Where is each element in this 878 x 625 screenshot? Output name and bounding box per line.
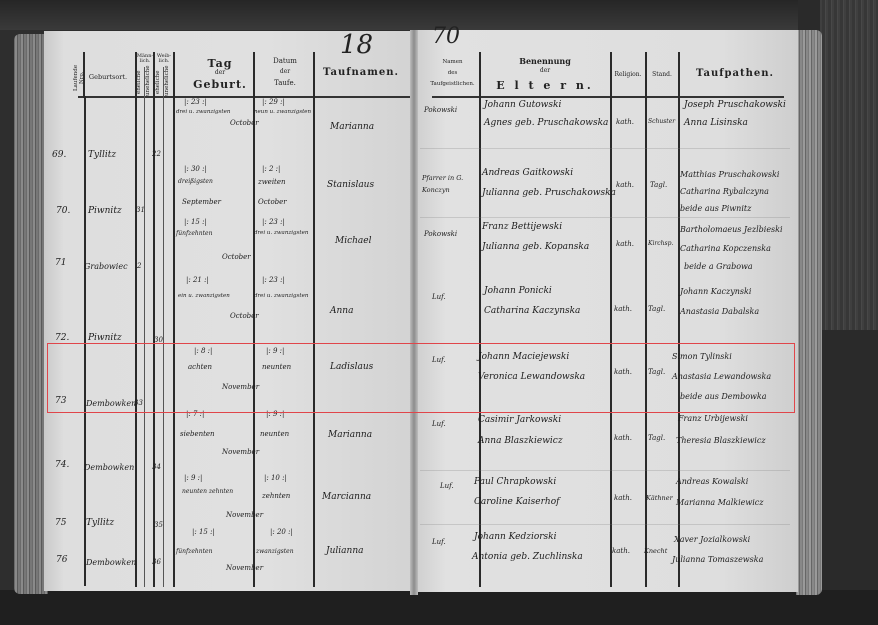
header-parents-line2: der	[480, 68, 610, 74]
godparent-3: beide a Grabowa	[684, 262, 753, 271]
col-line	[163, 67, 164, 587]
header-status: Stand.	[646, 72, 678, 78]
header-priest-line2: des	[425, 71, 480, 77]
bapt-day-words: zweiten	[258, 178, 286, 186]
scanner-background-object	[820, 0, 878, 330]
religion: kath.	[616, 118, 634, 126]
mother-name: Agnes geb. Pruschakowska	[484, 118, 608, 128]
status: Tagl.	[650, 181, 667, 189]
highlighted-entry-box	[47, 343, 795, 413]
header-baptism-day-line3: Taufe.	[255, 80, 315, 87]
birthplace: Piwnitz	[88, 206, 122, 216]
bapt-day-words: zwanzigsten	[256, 548, 294, 555]
status: Schuster	[648, 118, 675, 125]
father-name: Johann Kedziorski	[474, 532, 557, 542]
header-female-illegit: uneheliche	[165, 68, 171, 96]
row-rule	[420, 470, 790, 471]
mother-name: Julianna geb. Pruschakowska	[482, 188, 616, 198]
bapt-day-words: drei u. zwanzigsten	[254, 230, 308, 236]
religion: kath.	[614, 494, 632, 502]
birth-day-words: fünfzehnten	[176, 548, 212, 555]
birth-month: October	[222, 253, 251, 261]
book-page-edges-left	[14, 34, 48, 594]
col-line	[313, 52, 315, 587]
birth-day-num: |: 21 :|	[186, 276, 209, 284]
godparent-1: Joseph Pruschakowski	[684, 100, 786, 110]
birth-day-words: neunten zehnten	[182, 488, 233, 495]
given-name: Anna	[330, 306, 353, 316]
godparent-2: Catharina Rybalczyna	[680, 187, 769, 196]
bapt-day-num: |: 29 :|	[262, 98, 285, 106]
father-name: Paul Chrapkowski	[474, 477, 556, 487]
header-male-legit: eheliche	[137, 68, 143, 96]
header-religion: Religion.	[612, 72, 644, 78]
header-priest: Namen des Taufgeistlichen.	[425, 60, 480, 87]
father-name: Casimir Jarkowski	[478, 415, 561, 425]
header-female: Weib-lich.	[155, 54, 173, 65]
birth-day-words: fünfzehnten	[176, 230, 212, 237]
godparent-2: Marianna Malkiewicz	[676, 498, 764, 507]
birth-day-num: |: 15 :|	[192, 528, 215, 536]
birthplace: Dembowken	[86, 558, 136, 567]
godparent-2: Anna Lisinska	[684, 118, 748, 128]
given-name: Michael	[335, 236, 372, 246]
sex-mark: 34	[152, 463, 161, 471]
entry-number: 75	[55, 518, 66, 528]
priest-name: Pokowski	[424, 106, 457, 114]
given-name: Julianna	[326, 546, 364, 556]
bapt-day-words: neunten	[260, 430, 289, 438]
birth-day-words: drei u. zwanzigsten	[176, 109, 230, 115]
header-birth-day-line2: der	[175, 70, 265, 76]
header-female-legit: eheliche	[156, 68, 162, 96]
birth-month: October	[230, 119, 259, 127]
birth-day-words: ein u. zwanzigsten	[178, 293, 230, 299]
priest-name: Luf.	[432, 420, 446, 428]
entry-number: 74.	[55, 460, 69, 470]
col-line	[83, 52, 85, 98]
birthplace: Dembowken	[84, 463, 134, 472]
priest-name: Pfarrer in G. Konczyn	[422, 172, 474, 196]
header-baptism-day-line1: Datum	[255, 58, 315, 65]
bapt-day-num: |: 10 :|	[264, 474, 287, 482]
header-divider-left	[78, 96, 410, 98]
godparent-3: beide aus Piwnitz	[680, 204, 751, 213]
bapt-month: October	[258, 198, 287, 206]
mother-name: Julianna geb. Kopanska	[482, 242, 589, 252]
godparent-1: Bartholomaeus Jezlbieski	[680, 225, 783, 234]
header-male: Männ-lich.	[135, 54, 155, 65]
godparent-2: Theresia Blaszkiewicz	[676, 436, 766, 445]
sex-mark: 35	[154, 521, 163, 529]
birthplace: Tyllitz	[86, 518, 114, 528]
godparent-1: Franz Urbijewski	[678, 414, 748, 423]
status: Knecht	[644, 547, 667, 555]
header-parents: Benennung der E l t e r n.	[480, 57, 610, 91]
godparent-2: Julianna Tomaszewska	[672, 555, 763, 564]
given-name: Stanislaus	[327, 180, 374, 190]
row-rule	[420, 217, 790, 218]
priest-name: Luf.	[440, 482, 454, 490]
status: Tagl.	[648, 305, 665, 313]
godparent-2: Catharina Kopczenska	[680, 244, 771, 253]
col-line	[144, 67, 145, 587]
birth-day-num: |: 9 :|	[184, 474, 202, 482]
godparent-1: Xaver Jozialkowski	[674, 535, 750, 544]
birthplace: Piwnitz	[88, 333, 122, 343]
header-godparents: Taufpathen.	[680, 69, 790, 80]
header-divider-right	[432, 96, 784, 98]
scanner-background-bottom	[0, 590, 878, 625]
entry-number: 76	[56, 555, 67, 565]
header-birth-day: Tag der Geburt.	[175, 58, 265, 90]
priest-name: Pokowski	[424, 230, 457, 238]
birth-month: November	[226, 564, 263, 572]
header-parents-line3: E l t e r n.	[480, 80, 610, 92]
mother-name: Antonia geb. Zuchlinska	[472, 552, 583, 562]
bapt-day-num: |: 2 :|	[262, 165, 280, 173]
birth-month: November	[226, 511, 263, 519]
birth-month: November	[222, 448, 259, 456]
entry-number: 70.	[56, 206, 70, 216]
priest-name: Luf.	[432, 293, 446, 301]
folio-number-left: 18	[340, 30, 373, 60]
birth-month: September	[182, 198, 221, 206]
header-given-name: Taufnamen.	[316, 68, 406, 79]
col-line	[153, 52, 155, 587]
row-rule	[420, 524, 790, 525]
godparent-2: Anastasia Dabalska	[680, 307, 759, 316]
religion: kath.	[616, 240, 634, 248]
header-birth-day-line3: Geburt.	[175, 79, 265, 91]
godparent-1: Matthias Pruschakowski	[680, 170, 779, 179]
entry-number: 69.	[52, 150, 66, 160]
col-line	[135, 52, 137, 587]
book-gutter	[410, 30, 418, 595]
birthplace: Tyllitz	[88, 150, 116, 160]
bapt-day-words: neun u. zwanzigsten	[254, 109, 311, 115]
religion: kath.	[612, 547, 630, 555]
religion: kath.	[614, 305, 632, 313]
father-name: Andreas Gaitkowski	[482, 168, 573, 178]
given-name: Marianna	[330, 122, 374, 132]
header-baptism-day-line2: der	[255, 69, 315, 75]
status: Tagl.	[648, 434, 665, 442]
header-birth-day-line1: Tag	[175, 58, 265, 70]
bapt-day-num: |: 23 :|	[262, 218, 285, 226]
col-line	[610, 52, 612, 587]
mother-name: Caroline Kaiserhof	[474, 497, 559, 507]
father-name: Johann Gutowski	[484, 100, 561, 110]
sex-mark: 22	[152, 150, 161, 158]
given-name: Marcianna	[322, 492, 371, 502]
religion: kath.	[616, 181, 634, 189]
col-line	[173, 52, 175, 587]
mother-name: Anna Blaszkiewicz	[478, 436, 563, 446]
birth-month: October	[230, 312, 259, 320]
birthplace: Grabowiec	[84, 262, 128, 271]
book-page-edges-right	[796, 30, 822, 595]
status: Käthner	[646, 494, 673, 502]
given-name: Marianna	[328, 430, 372, 440]
mother-name: Catharina Kaczynska	[484, 306, 580, 316]
priest-name: Luf.	[432, 538, 446, 546]
entry-number: 72.	[55, 333, 69, 343]
col-line	[84, 96, 86, 586]
godparent-1: Johann Kaczynski	[680, 287, 751, 296]
bapt-day-num: |: 20 :|	[270, 528, 293, 536]
col-line	[645, 52, 647, 587]
godparent-1: Andreas Kowalski	[676, 477, 748, 486]
sex-mark: 2	[137, 262, 141, 270]
header-male-illegit: uneheliche	[146, 68, 152, 96]
religion: kath.	[614, 434, 632, 442]
row-rule	[420, 148, 790, 149]
birth-day-num: |: 23 :|	[184, 98, 207, 106]
header-priest-line3: Taufgeistlichen.	[425, 82, 480, 88]
father-name: Franz Bettijewski	[482, 222, 562, 232]
bapt-day-num: |: 23 :|	[262, 276, 285, 284]
birth-day-words: dreißigsten	[178, 178, 213, 185]
sex-mark: 36	[152, 558, 161, 566]
birth-day-words: siebenten	[180, 430, 215, 438]
header-birthplace: Geburtsort.	[84, 74, 132, 81]
bapt-day-words: zehnten	[262, 492, 290, 500]
bapt-day-words: drei u. zwanzigsten	[254, 293, 308, 299]
header-baptism-day: Datum der Taufe.	[255, 58, 315, 87]
left-page	[44, 31, 414, 591]
entry-number: 71	[55, 258, 66, 268]
header-priest-line1: Namen	[425, 60, 480, 66]
birth-day-num: |: 30 :|	[184, 165, 207, 173]
father-name: Johann Ponicki	[484, 286, 552, 296]
birth-day-num: |: 15 :|	[184, 218, 207, 226]
header-parents-line1: Benennung	[480, 57, 610, 65]
status: Kirchsp.	[648, 240, 673, 247]
folio-number-right: 70	[432, 24, 460, 49]
sex-mark: 31	[136, 206, 145, 214]
